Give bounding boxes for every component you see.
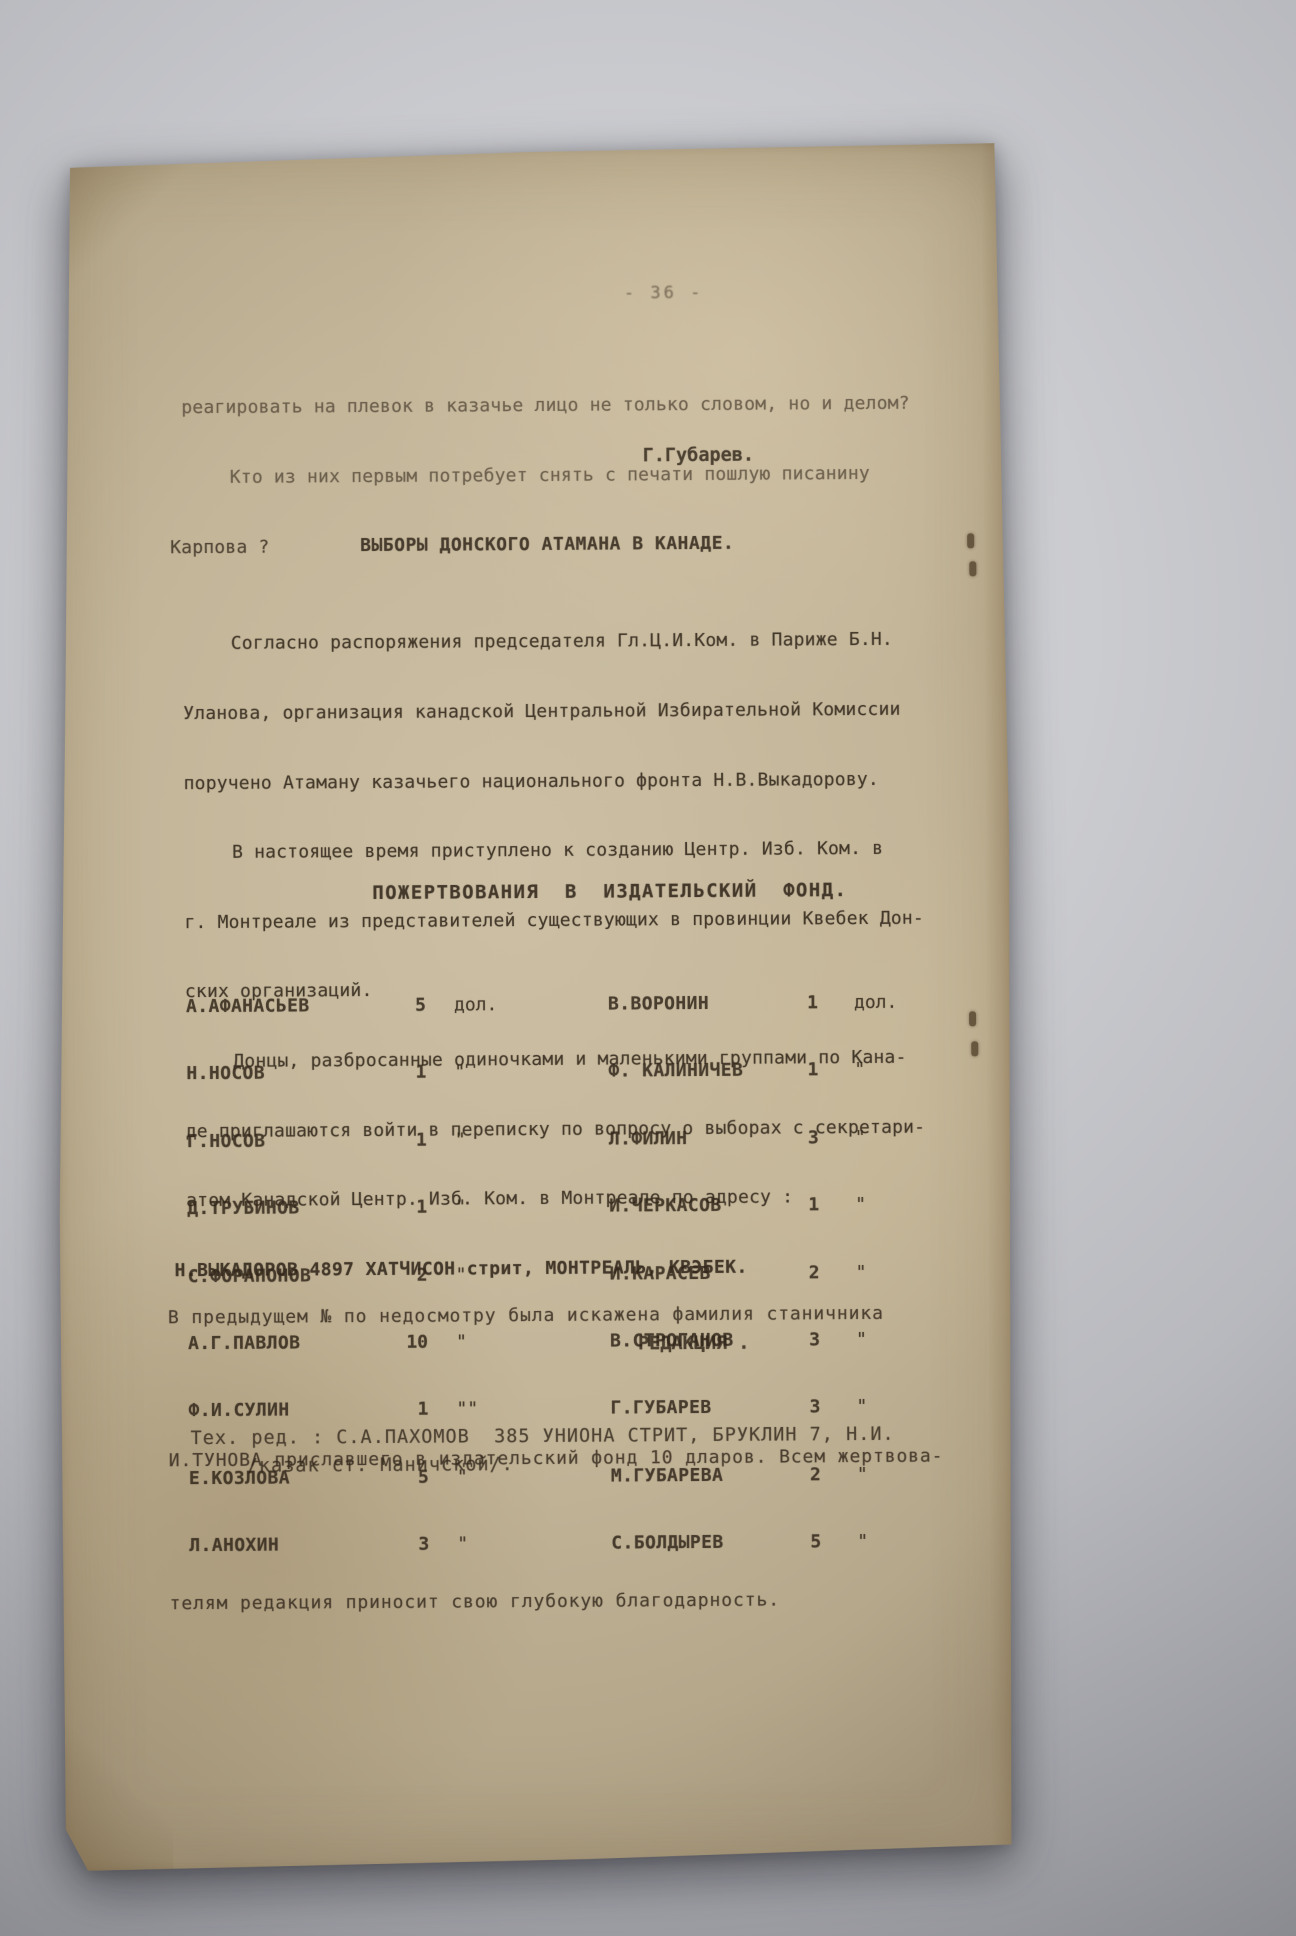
donation-unit: дол. — [426, 994, 518, 1016]
document-page-wrap: - 36 - реагировать на плевок в казачье л… — [53, 143, 1018, 1871]
article-line: поручено Атаману казачьего национального… — [184, 767, 924, 795]
article-title: ВЫБОРЫ ДОНСКОГО АТАМАНА В КАНАДЕ. — [360, 533, 734, 556]
staple-hole — [967, 533, 974, 548]
article-line: В настоящее время приступлено к созданию… — [184, 837, 924, 865]
author-signature: Г.Губарев. — [643, 445, 755, 467]
donation-row: А.АФАНАСЬЕВ5дол.В.ВОРОНИН1дол. — [186, 992, 898, 1022]
document-page: - 36 - реагировать на плевок в казачье л… — [53, 143, 1018, 1871]
notice-line: В предыдущем № по недосмотру была искаже… — [168, 1290, 943, 1342]
donor-name: Н.НОСОВ — [186, 1062, 371, 1084]
editorial-signature: РЕДАКЦИЯ . — [638, 1333, 750, 1355]
page-number: - 36 - — [584, 283, 744, 304]
staple-hole — [971, 1041, 978, 1056]
staple-hole — [969, 1011, 976, 1026]
donation-row: Г.НОСОВ1"Л.ФИЛИН3" — [187, 1127, 899, 1157]
corner-fold — [62, 1720, 173, 1871]
donor-name: Ф. КАЛИНИЧЕВ — [608, 1060, 763, 1082]
donation-unit: дол. — [818, 992, 898, 1013]
page-edge-shading — [981, 143, 1018, 1865]
article-line: Согласно распоряжения председателя Гл.Ц.… — [183, 628, 923, 656]
donor-name: Л.ФИЛИН — [609, 1127, 764, 1149]
donation-row: Н.НОСОВ1"Ф. КАЛИНИЧЕВ1" — [186, 1059, 898, 1089]
corner-crease — [53, 148, 184, 299]
article-line: Уланова, организация канадской Центральн… — [183, 698, 923, 726]
intro-paragraph: реагировать на плевок в казачье лицо не … — [181, 346, 911, 606]
donor-name: А.АФАНАСЬЕВ — [186, 995, 371, 1017]
donation-unit: " — [426, 1061, 518, 1083]
article-line: г. Монтреале из представителей существую… — [184, 906, 924, 934]
tech-editor-line: Тех. ред. : С.А.ПАХОМОВ 385 УНИОНА СТРИТ… — [191, 1424, 895, 1449]
donation-amount: 1 — [763, 992, 818, 1013]
intro-line: реагировать на плевок в казачье лицо не … — [181, 392, 910, 420]
photo-background: - 36 - реагировать на плевок в казачье л… — [0, 0, 1296, 1936]
donation-amount: 3 — [764, 1127, 819, 1148]
staple-hole — [969, 561, 976, 576]
intro-line: Кто из них первым потребует снять с печа… — [182, 462, 911, 490]
notice-line: телям редакция приносит свою глубокую бл… — [169, 1575, 944, 1627]
donation-unit: " — [819, 1127, 899, 1148]
donation-amount: 5 — [371, 995, 426, 1016]
tech-editor-note: /казак ст. Маничской/. — [247, 1454, 514, 1477]
donation-amount: 1 — [371, 1062, 426, 1083]
donor-name: Г.НОСОВ — [187, 1130, 372, 1152]
donation-amount: 1 — [372, 1129, 427, 1150]
donation-unit: " — [427, 1129, 519, 1151]
donation-unit: " — [818, 1059, 898, 1080]
donations-title: ПОЖЕРТВОВАНИЯ В ИЗДАТЕЛЬСКИЙ ФОНД. — [372, 879, 847, 904]
donation-amount: 1 — [763, 1060, 818, 1081]
donor-name: В.ВОРОНИН — [608, 993, 763, 1015]
